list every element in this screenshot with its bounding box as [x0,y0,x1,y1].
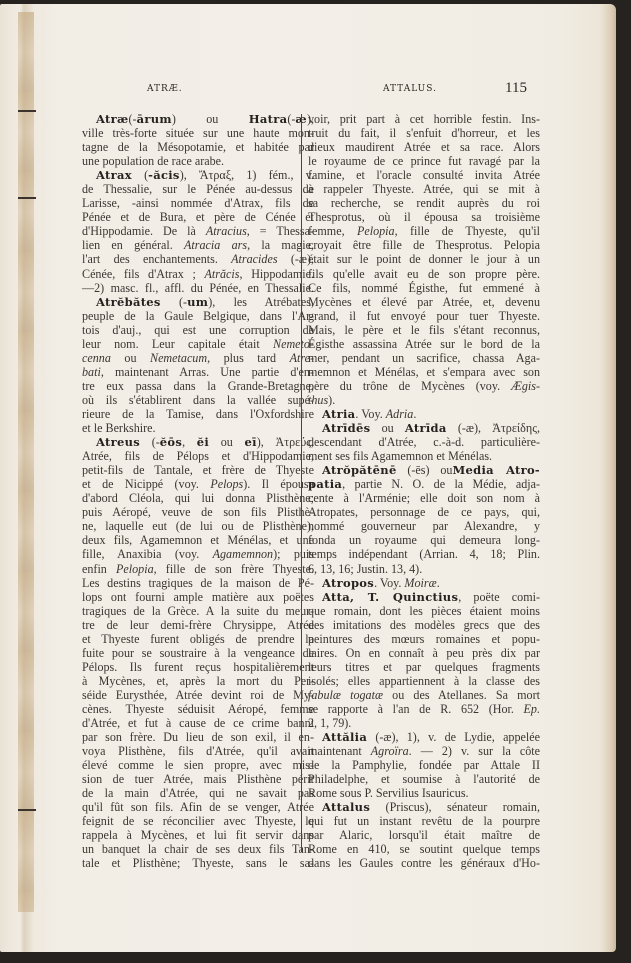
body-text: tragiques de la Grèce. A la suite du meu… [82,604,314,618]
body-text: (-æ), 1), v. de Lydie, appelée [367,730,540,744]
text-line: d'Atrée, et fut à cause de ce crime bann… [82,716,314,730]
text-line: petit-fils de Tantale, et frère de Thyes… [82,463,314,477]
body-text: peintures des mœurs romaines et popu- [308,632,540,646]
body-text: (-ēs) ou [397,463,453,477]
text-line: nommé gouverneur par Alexandre, y [308,519,540,533]
body-text: —2) masc. fl., affl. du Pénée, en Thessa… [82,281,314,295]
body-text: Cénée, fils d'Atrax ; [82,267,205,281]
text-line: leurs titres et par quelques fragments [308,660,540,674]
body-text: l'art des enchantements. [82,252,231,266]
body-text: fils qu'elle avait eu de son propre père… [308,267,540,281]
text-line: Mais, le père et le fils s'étant reconnu… [308,323,540,337]
body-text: leurs titres et par quelques fragments [308,660,540,674]
book-page: ATRÆ. ATTALUS. 115 Atræ(-ārum) ou Hatra(… [0,4,616,952]
italic-text: Atrăcis [205,267,240,281]
headword: Hatra [249,112,288,126]
body-text: à Mycènes, et, après la mort du Per- [82,674,314,688]
text-line: voya Plisthène, fils d'Atrée, qu'il avai… [82,744,314,758]
body-text: peuple de la Gaule Belgique, dans l'Ar- [82,309,314,323]
body-text: petit-fils de Tantale, et frère de Thyes… [82,463,314,477]
body-text: ou [111,351,150,365]
italic-text: Atracia ars [184,238,247,252]
body-text: (- [129,112,137,126]
text-line: se rapporte à l'an de R. 652 (Hor. Ep. [308,702,540,716]
body-text: tagne de la Mésopotamie, et habitée par [82,140,314,154]
body-text: ( [132,168,148,182]
body-text: ), Ἀτρεύς, [257,435,314,449]
text-line: où ils s'établirent dans la vallée supé- [82,393,314,407]
text-line: maintenant Agroïra. — 2) v. sur la côte [308,744,540,758]
body-text: , plus tard [207,351,290,365]
body-text: laires. On en connaît à peu près dix par [308,646,540,660]
text-line: Atrax (-ăcis), Ἄτραξ, 1) fém., v. [82,168,314,182]
body-text: sion de tuer Atrée, mais Plisthène périt [82,772,314,786]
body-text: Mais, le père et le fils s'étant reconnu… [308,323,540,337]
text-line: laires. On en connaît à peu près dix par [308,646,540,660]
text-line: tagne de la Mésopotamie, et habitée par [82,140,314,154]
body-text: ne, laquelle eut (de lui ou de Plisthène… [82,519,314,533]
text-line: et Thyeste furent obligés de prendre la [82,632,314,646]
headword: -ăcis [148,168,180,182]
headword: Atrĕbătes [96,295,161,309]
body-text: ou [209,435,244,449]
body-text: était sur le point de donner le jour à u… [308,252,540,266]
text-line: à Mycènes, et, après la mort du Per- [82,674,314,688]
text-line: d'Hippodamie. De là Atracius, = Thessa- [82,224,314,238]
text-line: bati, maintenant Arras. Une partie d'en- [82,365,314,379]
body-text: séide Eurysthée, Atrée devint roi de My- [82,688,314,702]
italic-text: Nemetacum [150,351,207,365]
text-line: Pélops. Ils furent reçus hospitalièremen… [82,660,314,674]
headword: Atræ [96,112,129,126]
text-line: voir, prit part à cet horrible festin. I… [308,112,540,126]
text-line: que romain, dont les pièces étaient moin… [308,604,540,618]
text-line: par Alaric, lorsqu'il était maître de [308,828,540,842]
body-text: lops ont fourni ample matière aux poëtes [82,590,314,604]
headword: Media Atro- [452,463,540,477]
body-text: des imitations des modèles grecs que des [308,618,540,632]
body-text: qu'il fût son fils. Afin de se venger, A… [82,800,314,814]
body-text: cente à l'Arménie; elle doit son nom à [308,491,540,505]
text-line: Atreus (-ĕōs, ĕi ou eī), Ἀτρεύς, [82,435,314,449]
body-text: par son frère. Du lieu de son exil, il e… [82,730,314,744]
body-text: temps indépendant (Arrian. 4, 18; Plin. [308,547,540,561]
text-line: et de Nicippé (voy. Pelops). Il épousa [82,477,314,491]
body-text: et Thyeste furent obligés de prendre la [82,632,314,646]
body-text: lien en général. [82,238,184,252]
page-number: 115 [505,80,527,97]
running-head-right: ATTALUS. [383,84,437,94]
running-head-left: ATRÆ. [147,84,183,94]
body-text: . [437,576,440,590]
italic-text: Moiræ [404,576,436,590]
text-line: deux fils, Agamemnon et Ménélas, et une [82,533,314,547]
body-text: maintenant [308,744,371,758]
text-line: ment ses fils Agamemnon et Ménélas. [308,449,540,463]
body-text: . Voy. [374,576,404,590]
body-text: rieure de la Tamise, dans l'Oxfordshire [82,407,314,421]
body-text: par Alaric, lorsqu'il était maître de [308,828,540,842]
text-line: Thesprotus, où il épousa sa troisième [308,210,540,224]
body-text: Égisthe assassina Atrée sur le bord de l… [308,337,540,351]
text-line: de Thessalie, sur le Pénée au-dessus de [82,182,314,196]
body-text: Thesprotus, où il épousa sa troisième [308,210,540,224]
body-text: ment ses fils Agamemnon et Ménélas. [308,449,492,463]
text-line: isolés; elles appartiennent à la classe … [308,674,540,688]
body-text: où ils s'établirent dans la vallée supé- [82,393,314,407]
body-text: une population de race arabe. [82,154,224,168]
headword: Atrax [96,168,132,182]
text-line: 2, 1, 79). [308,716,540,730]
text-line: Atrŏpătēnē (-ēs) ouMedia Atro- [308,463,540,477]
body-text: Ce fils, nommé Égisthe, fut emmené à [308,281,540,295]
text-line: des imitations des modèles grecs que des [308,618,540,632]
text-line: Atta, T. Quinctius, poëte comi- [308,590,540,604]
text-line: memnon et Ménélas, et s'empara avec son [308,365,540,379]
text-line: d'abord Cléola, qui lui donna Plisthène; [82,491,314,505]
body-text: puis Aéropé, veuve de son fils Plisthè- [82,505,314,519]
text-line: Atria. Voy. Adria. [308,407,540,421]
headword: patia [308,477,342,491]
body-text: truit du fait, il s'enfuit d'horreur, et… [308,126,540,140]
italic-text: cenna [82,351,111,365]
text-line: Atræ(-ārum) ou Hatra(-æ), [82,112,314,126]
text-line: patia, partie N. O. de la Médie, adja- [308,477,540,491]
text-line: qu'il fût son fils. Afin de se venger, A… [82,800,314,814]
text-line: enfin Pelopia, fille de son frère Thyest… [82,562,314,576]
text-line: rieure de la Tamise, dans l'Oxfordshire [82,407,314,421]
body-text: grand, il fut envoyé pour tuer Thyeste. [308,309,540,323]
text-line: tragiques de la Grèce. A la suite du meu… [82,604,314,618]
body-text: croyait être fille de Thesprotus. Pelopi… [308,238,540,252]
body-text: . Voy. [355,407,385,421]
body-text: descendant d'Atrée, c.-à-d. particulière… [308,435,540,449]
text-line: Atropos. Voy. Moiræ. [308,576,540,590]
text-line: fils qu'elle avait eu de son propre père… [308,267,540,281]
text-line: qui fut un instant revêtu de la pourpre [308,814,540,828]
body-text: Pénée et de Bura, et père de Cénée et [82,210,314,224]
italic-text: Pelopia [116,562,154,576]
body-text: isolés; elles appartiennent à la classe … [308,674,540,688]
headword: Atrīda [405,421,447,435]
text-line: 6, 13, 16; Justin. 13, 4). [308,562,540,576]
italic-text: fabulæ togatæ [308,688,383,702]
body-text: , fille de son frère Thyeste. [154,562,314,576]
italic-text: bati [82,365,101,379]
body-text: que romain, dont les pièces étaient moin… [308,604,540,618]
body-text: Philadelphe, et soumise à l'autorité de [308,772,540,786]
headword: Atta, T. Quinctius [322,590,458,604]
body-text: , partie N. O. de la Médie, adja- [342,477,540,491]
italic-text: Ægis- [511,379,540,393]
body-text: (-æ), Ἀτρείδης, [447,421,540,435]
body-text: le royaume de ce prince fut ravagé par l… [308,154,540,168]
left-column: Atræ(-ārum) ou Hatra(-æ),ville très-fort… [82,112,314,871]
headword: Atrīdēs [322,421,370,435]
text-line: descendant d'Atrée, c.-à-d. particulière… [308,435,540,449]
headword: Atreus [96,435,140,449]
text-line: Atrée, fils de Pélops et d'Hippodamie, [82,449,314,463]
text-line: rappela à Mycènes, et lui fit servir dan… [82,828,314,842]
body-text: feignit de se réconcilier avec Thyeste, … [82,814,314,828]
text-line: Atrīdēs ou Atrīda (-æ), Ἀτρείδης, [308,421,540,435]
text-line: fille, Anaxibia (voy. Agamemnon); puis [82,547,314,561]
text-line: cènes. Thyeste séduisit Aéropé, femme [82,702,314,716]
text-line: une population de race arabe. [82,154,314,168]
column-rule [301,114,302,852]
text-line: élevé comme le sien propre, avec mis- [82,758,314,772]
text-line: leur nom. Leur capitale était Nemeto- [82,337,314,351]
italic-text: Agamemnon [213,547,273,561]
body-text: , [182,435,197,449]
body-text: memnon et Ménélas, et s'empara avec son [308,365,540,379]
body-text: à rappeler Thyeste. Atrée, qui se mit à [308,182,540,196]
body-text: , = Thessa- [247,224,314,238]
text-line: et le Berkshire. [82,421,314,435]
headword: Attălia [322,730,367,744]
text-line: Cénée, fils d'Atrax ; Atrăcis, Hippodami… [82,267,314,281]
body-text: Les destins tragiques de la maison de Pé… [82,576,314,590]
text-line: Rome en 410, se soutint quelque temps [308,842,540,856]
text-line: Larisse, -ainsi nommée d'Atrax, fils de [82,196,314,210]
text-line: dieux maudirent Atrée et sa race. Alors [308,140,540,154]
text-line: père du trône de Mycènes (voy. Ægis- [308,379,540,393]
body-text: 2, 1, 79). [308,716,351,730]
text-line: de la Pamphylie, fondée par Attale II [308,758,540,772]
body-text: nommé gouverneur par Alexandre, y [308,519,540,533]
headword: ārum [137,112,172,126]
body-text: Pélops. Ils furent reçus hospitalièremen… [82,660,314,674]
text-line: de la main d'Atrée, qui ne savait pas [82,786,314,800]
text-line: tale et Plisthène; Thyeste, sans le sa- [82,856,314,870]
body-text: , poëte comi- [458,590,540,604]
binding-stain [18,12,34,912]
text-line: un banquet la chair de ses deux fils Tan… [82,842,314,856]
text-line: grand, il fut envoyé pour tuer Thyeste. [308,309,540,323]
text-line: femme, Pelopia, fille de Thyeste, qu'il [308,224,540,238]
body-text: fille, Anaxibia (voy. [82,547,213,561]
body-text: fonda un royaume qui demeura long- [308,533,540,547]
italic-text: Adria [386,407,414,421]
body-text: Larisse, -ainsi nommée d'Atrax, fils de [82,196,314,210]
text-line: sion de tuer Atrée, mais Plisthène périt [82,772,314,786]
text-line: famine, et l'oracle consulté invita Atré… [308,168,540,182]
italic-text: Pelops [210,477,243,491]
text-line: fabulæ togatæ ou des Atellanes. Sa mort [308,688,540,702]
body-text: sa recherche, se rendit auprès du roi [308,196,540,210]
body-text: , Hippodamie. [239,267,314,281]
right-column: voir, prit part à cet horrible festin. I… [308,112,540,871]
text-line: Atrĕbătes (-um), les Atrébates, [82,295,314,309]
text-line: ne, laquelle eut (de lui ou de Plisthène… [82,519,314,533]
text-line: Attalus (Priscus), sénateur romain, [308,800,540,814]
body-text: (Priscus), sénateur romain, [370,800,540,814]
text-line: dans les Gaules contre les généraux d'Ho… [308,856,540,870]
body-text: ) ou [172,112,249,126]
text-line: le royaume de ce prince fut ravagé par l… [308,154,540,168]
headword: um [187,295,208,309]
binding-stitch [18,110,36,112]
body-text: ou des Atellanes. Sa mort [383,688,540,702]
body-text: (- [140,435,160,449]
italic-text: Pelopia [357,224,395,238]
text-line: Attălia (-æ), 1), v. de Lydie, appelée [308,730,540,744]
text-line: à rappeler Thyeste. Atrée, qui se mit à [308,182,540,196]
body-text: tre de leur demi-frère Chrysippe, Atrée [82,618,314,632]
body-text: voir, prit part à cet horrible festin. I… [308,112,540,126]
body-text: Rome en 410, se soutint quelque temps [308,842,540,856]
text-line: fuite pour se soustraire à la vengeance … [82,646,314,660]
body-text: Mycènes et élevé par Atrée, et, devenu [308,295,540,309]
body-text: (- [161,295,187,309]
body-text: qui fut un instant revêtu de la pourpre [308,814,540,828]
italic-text: Atracides [231,252,277,266]
body-text: ville très-forte située sur une haute mo… [82,126,314,140]
body-text: 6, 13, 16; Justin. 13, 4). [308,562,422,576]
italic-text: Atracius [206,224,247,238]
text-line: Mycènes et élevé par Atrée, et, devenu [308,295,540,309]
body-text: fuite pour se soustraire à la vengeance … [82,646,314,660]
text-line: par son frère. Du lieu de son exil, il e… [82,730,314,744]
text-line: Rome sous P. Servilius Isauricus. [308,786,540,800]
text-line: cente à l'Arménie; elle doit son nom à [308,491,540,505]
text-line: peuple de la Gaule Belgique, dans l'Ar- [82,309,314,323]
text-line: Égisthe assassina Atrée sur le bord de l… [308,337,540,351]
body-text: ou [370,421,404,435]
text-line: tre de leur demi-frère Chrysippe, Atrée [82,618,314,632]
body-text: leur nom. Leur capitale était [82,337,273,351]
body-text: d'Atrée, et fut à cause de ce crime bann… [82,716,314,730]
body-text: Rome sous P. Servilius Isauricus. [308,786,469,800]
body-text: voya Plisthène, fils d'Atrée, qu'il avai… [82,744,314,758]
body-text: . [413,407,416,421]
text-line: puis Aéropé, veuve de son fils Plisthè- [82,505,314,519]
text-line: feignit de se réconcilier avec Thyeste, … [82,814,314,828]
text-line: croyait être fille de Thesprotus. Pelopi… [308,238,540,252]
italic-text: thus [308,393,328,407]
text-line: lops ont fourni ample matière aux poëtes [82,590,314,604]
body-text: de la main d'Atrée, qui ne savait pas [82,786,314,800]
text-line: truit du fait, il s'enfuit d'horreur, et… [308,126,540,140]
body-text: de la Pamphylie, fondée par Attale II [308,758,540,772]
text-line: Philadelphe, et soumise à l'autorité de [308,772,540,786]
body-text: tois d'auj., qui est une corruption de [82,323,314,337]
text-line: Atropates, personnage de ce pays, qui, [308,505,540,519]
body-text: deux fils, Agamemnon et Ménélas, et une [82,533,314,547]
headword: ĕi [197,435,209,449]
body-text: élevé comme le sien propre, avec mis- [82,758,314,772]
text-line: peintures des mœurs romaines et popu- [308,632,540,646]
body-text: , maintenant Arras. Une partie d'en- [101,365,314,379]
text-line: fonda un royaume qui demeura long- [308,533,540,547]
headword: Atropos [322,576,374,590]
body-text: dieux maudirent Atrée et sa race. Alors [308,140,540,154]
body-text: Atropates, personnage de ce pays, qui, [308,505,540,519]
body-text: tre eux passa dans la Grande-Bretagne, [82,379,314,393]
body-text: d'abord Cléola, qui lui donna Plisthène; [82,491,314,505]
body-text: femme, [308,224,357,238]
text-line: temps indépendant (Arrian. 4, 18; Plin. [308,547,540,561]
body-text: famine, et l'oracle consulté invita Atré… [308,168,540,182]
text-line: était sur le point de donner le jour à u… [308,252,540,266]
body-text: ). Il épousa [243,477,314,491]
text-line: ville très-forte située sur une haute mo… [82,126,314,140]
text-line: thus). [308,393,540,407]
body-text: rappela à Mycènes, et lui fit servir dan… [82,828,314,842]
body-text: ), Ἄτραξ, 1) fém., v. [180,168,314,182]
body-text: ). [328,393,335,407]
body-text: enfin [82,562,116,576]
headword: Attalus [322,800,370,814]
text-line: —2) masc. fl., affl. du Pénée, en Thessa… [82,281,314,295]
text-line: tois d'auj., qui est une corruption de [82,323,314,337]
body-text: tale et Plisthène; Thyeste, sans le sa- [82,856,314,870]
headword: Atria [322,407,355,421]
body-text: cènes. Thyeste séduisit Aéropé, femme [82,702,314,716]
body-text: ), les Atrébates, [208,295,314,309]
text-line: tre eux passa dans la Grande-Bretagne, [82,379,314,393]
body-text: d'Hippodamie. De là [82,224,206,238]
binding-stitch [18,197,36,199]
text-line: sa recherche, se rendit auprès du roi [308,196,540,210]
italic-text: Ep. [524,702,540,716]
body-text: Atrée, fils de Pélops et d'Hippodamie, [82,449,314,463]
body-text: . — 2) v. sur la côte [409,744,540,758]
binding-stitch [18,809,36,811]
text-line: Ce fils, nommé Égisthe, fut emmené à [308,281,540,295]
text-line: lien en général. Atracia ars, la magie, [82,238,314,252]
body-text: et le Berkshire. [82,421,156,435]
text-line: Les destins tragiques de la maison de Pé… [82,576,314,590]
body-text: et de Nicippé (voy. [82,477,210,491]
text-line: cenna ou Nemetacum, plus tard Atre- [82,351,314,365]
body-text: de Thessalie, sur le Pénée au-dessus de [82,182,314,196]
body-text: , la magie, [247,238,314,252]
body-text: se rapporte à l'an de R. 652 (Hor. [308,702,524,716]
headword: ĕōs [160,435,182,449]
body-text: , fille de Thyeste, qu'il [395,224,540,238]
italic-text: Agroïra [371,744,409,758]
body-text: mer, pendant un sacrifice, chassa Aga- [308,351,540,365]
body-text: un banquet la chair de ses deux fils Tan… [82,842,314,856]
text-line: l'art des enchantements. Atracides (-æ), [82,252,314,266]
text-line: Pénée et de Bura, et père de Cénée et [82,210,314,224]
body-text: dans les Gaules contre les généraux d'Ho… [308,856,540,870]
headword: Atrŏpătēnē [322,463,397,477]
text-line: séide Eurysthée, Atrée devint roi de My- [82,688,314,702]
body-text: père du trône de Mycènes (voy. [308,379,511,393]
headword: eī [244,435,256,449]
text-line: mer, pendant un sacrifice, chassa Aga- [308,351,540,365]
